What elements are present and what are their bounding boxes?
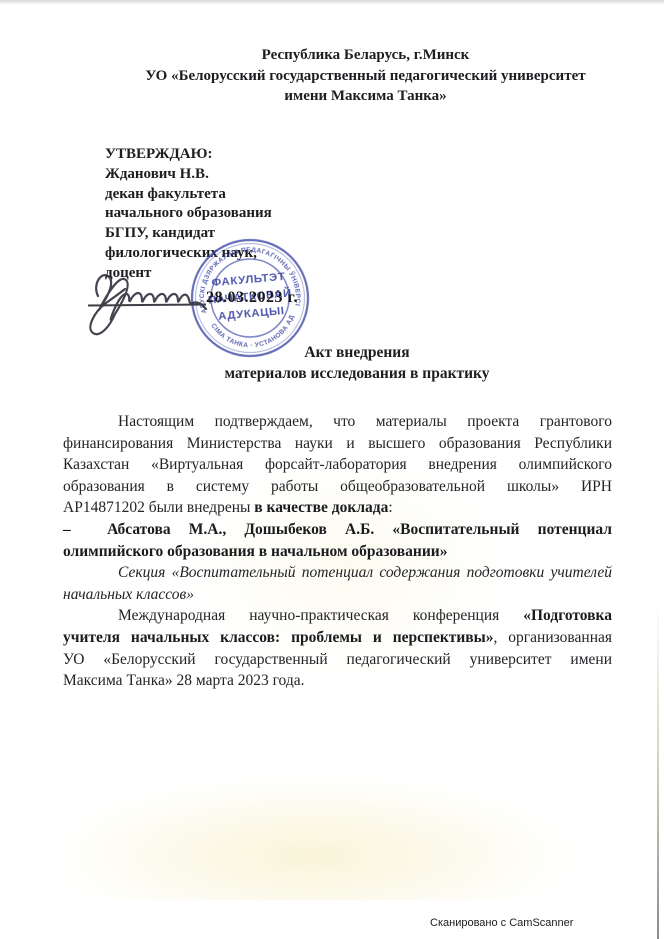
body-line: начальных классов»: [63, 584, 612, 606]
approval-line-1: УТВЕРЖДАЮ:: [105, 145, 365, 165]
document-page: Республика Беларусь, г.Минск УО «Белорус…: [0, 0, 664, 939]
body-segment: – Абсатова М.А., Дошыбеков А.Б. «Воспита…: [63, 521, 612, 538]
body-segment: финансирования Министерства науки и высш…: [63, 435, 612, 452]
body-segment: Секция «Воспитательный потенциал содержа…: [118, 564, 612, 581]
approval-date: 28.03.2023 г.: [206, 289, 298, 307]
body-segment: Казахстан «Виртуальная форсайт-лаборатор…: [63, 456, 612, 473]
body-segment: «Подготовка: [523, 607, 612, 624]
body-line: AP14871202 были внедрены в качестве докл…: [63, 497, 612, 519]
body-segment: учителя начальных классов: проблемы и пе…: [63, 629, 494, 646]
document-header: Республика Беларусь, г.Минск УО «Белорус…: [88, 45, 643, 107]
body-segment: AP14871202 были внедрены: [63, 499, 254, 516]
body-line: олимпийского образования в начальном обр…: [63, 541, 612, 563]
body-line: – Абсатова М.А., Дошыбеков А.Б. «Воспита…: [63, 519, 612, 541]
body-line: Казахстан «Виртуальная форсайт-лаборатор…: [63, 454, 612, 476]
body-line: Настоящим подтверждаем, что материалы пр…: [63, 411, 612, 433]
body-line: финансирования Министерства науки и высш…: [63, 433, 612, 455]
stamp-center-line-3: АДУКАЦЫІ: [218, 305, 285, 323]
camscanner-label: Сканировано с CamScanner: [430, 917, 573, 929]
body-segment: Настоящим подтверждаем, что материалы пр…: [118, 413, 612, 430]
body-segment: Международная научно-практическая конфер…: [118, 607, 523, 624]
body-segment: в качестве доклада: [254, 499, 388, 516]
approval-line-4: начального образования: [105, 204, 365, 224]
scan-top-edge: [0, 0, 664, 5]
header-line-1: Республика Беларусь, г.Минск: [88, 45, 643, 66]
body-line: УО «Белорусский государственный педагоги…: [63, 649, 612, 671]
body-segment: олимпийского образования в начальном обр…: [63, 543, 447, 560]
scan-right-edge: [657, 600, 659, 939]
body-segment: начальных классов»: [63, 586, 194, 603]
approval-line-2: Жданович Н.В.: [105, 165, 365, 185]
body-text: Настоящим подтверждаем, что материалы пр…: [63, 411, 612, 692]
body-line: образования в систему работы общеобразов…: [63, 476, 612, 498]
header-line-2: УО «Белорусский государственный педагоги…: [88, 66, 643, 87]
body-segment: Максима Танка» 28 марта 2023 года.: [63, 672, 305, 689]
body-line: Секция «Воспитательный потенциал содержа…: [63, 562, 612, 584]
body-line: учителя начальных классов: проблемы и пе…: [63, 627, 612, 649]
body-segment: образования в систему работы общеобразов…: [63, 478, 612, 495]
body-segment: , организованная: [494, 629, 612, 646]
body-segment: УО «Белорусский государственный педагоги…: [63, 651, 612, 668]
approval-line-3: декан факультета: [105, 185, 365, 205]
scan-stain-bottom: [40, 700, 644, 900]
body-line: Международная научно-практическая конфер…: [63, 605, 612, 627]
body-line: Максима Танка» 28 марта 2023 года.: [63, 670, 612, 692]
header-line-3: имени Максима Танка»: [88, 86, 643, 107]
body-segment: :: [388, 499, 392, 516]
title-line-2: материалов исследования в практику: [50, 364, 664, 385]
